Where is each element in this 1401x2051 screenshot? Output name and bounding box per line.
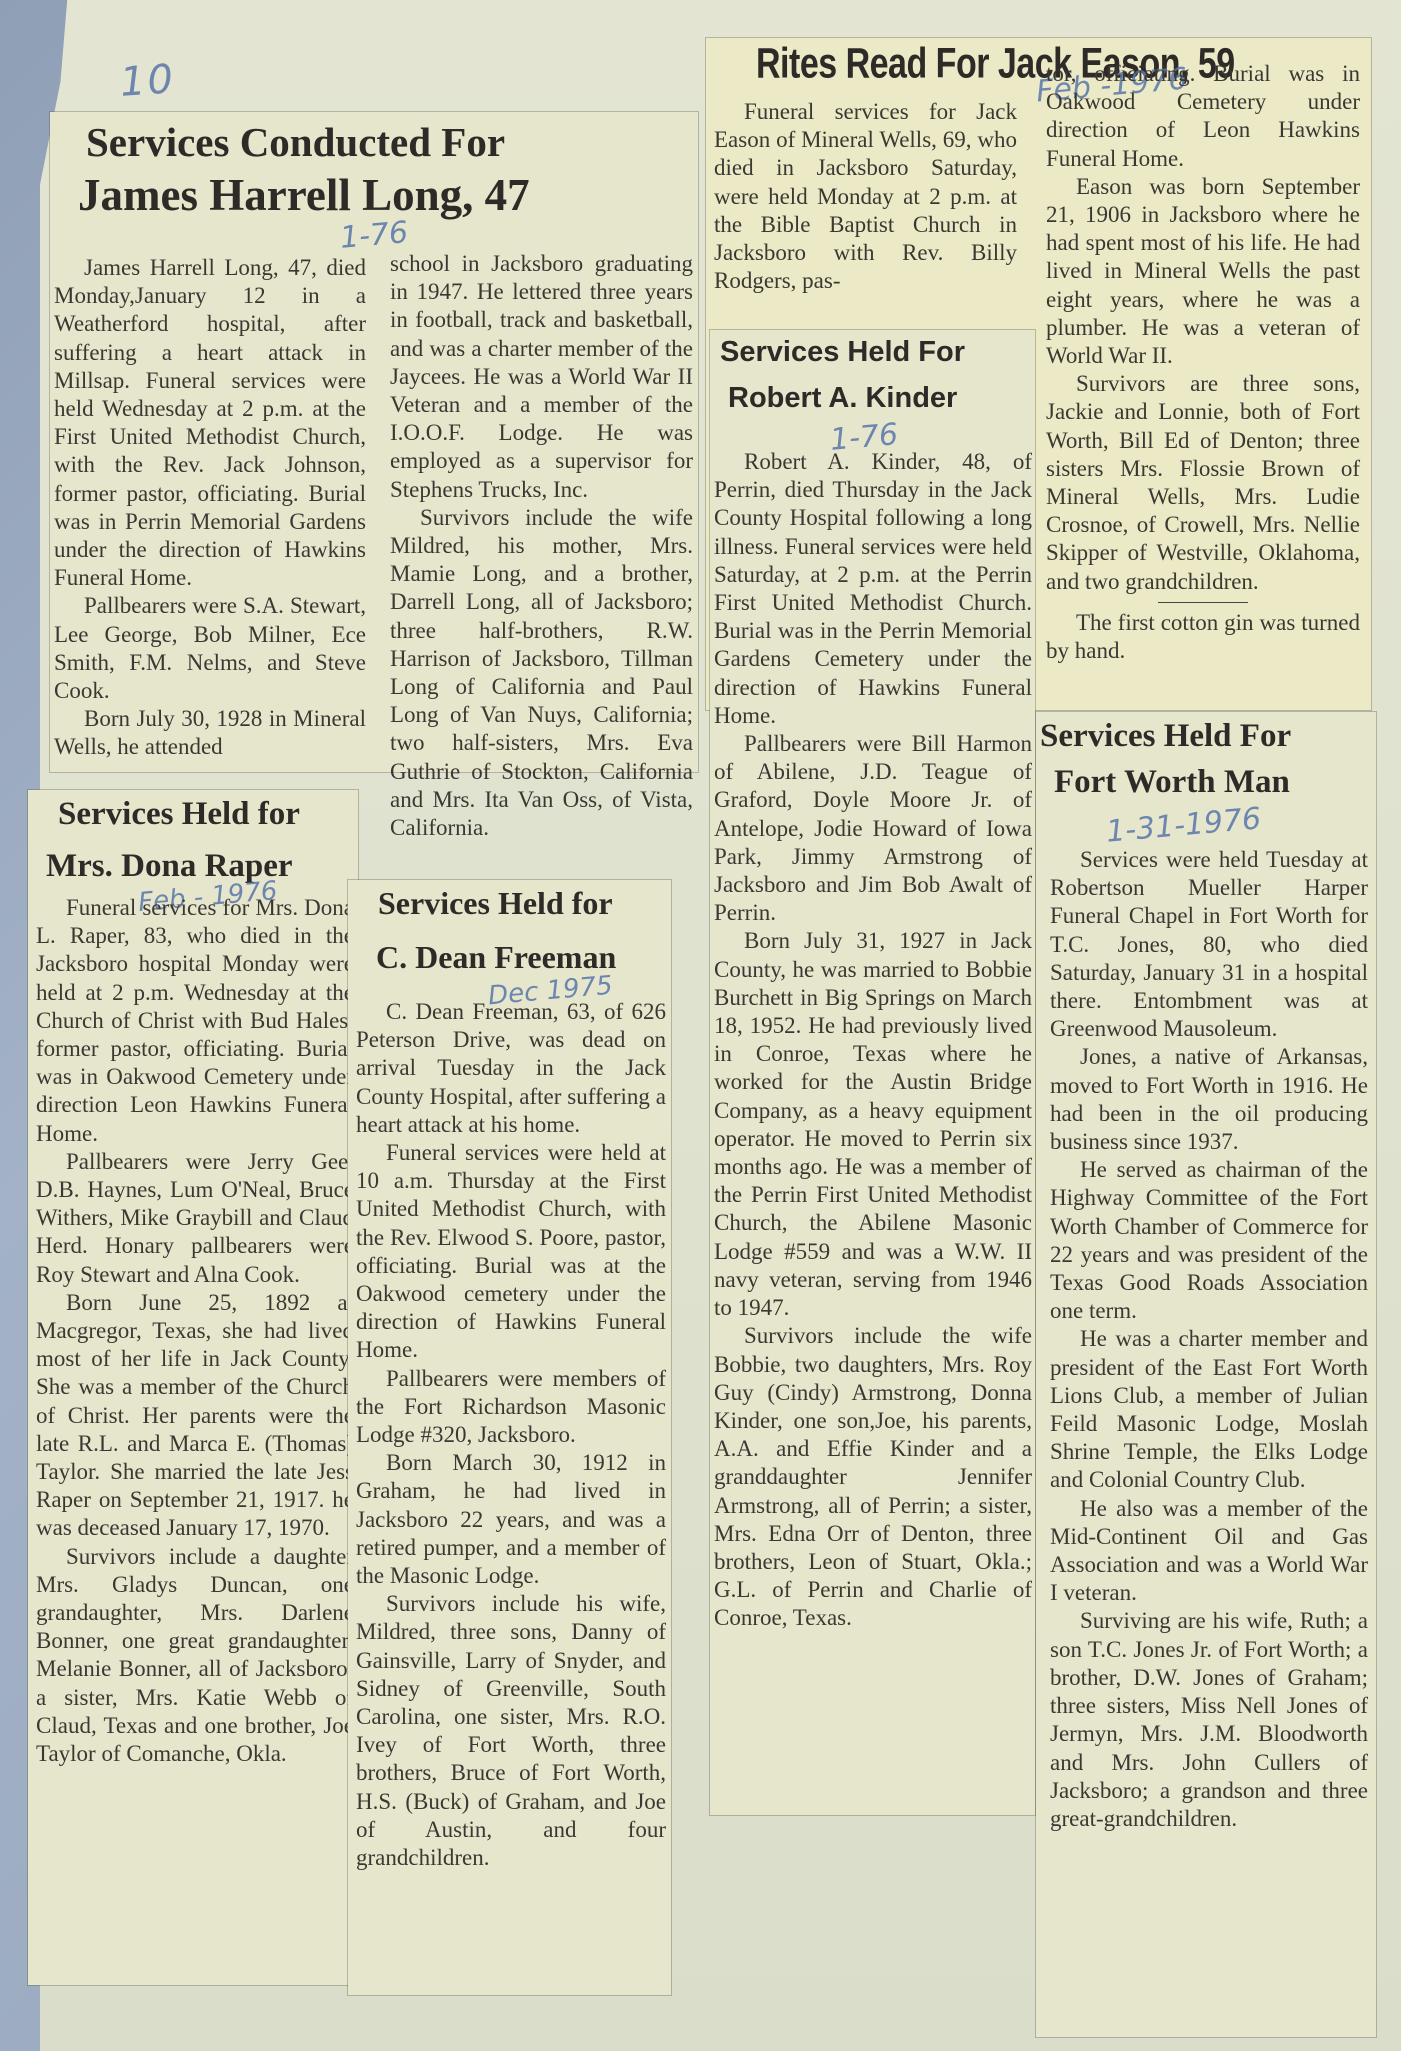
headline: Services Held for xyxy=(58,796,300,833)
page-number-note: 10 xyxy=(118,56,176,106)
headline: James Harrell Long, 47 xyxy=(78,170,530,220)
clipping-raper: Services Held for Mrs. Dona Raper Feb - … xyxy=(28,790,358,1985)
date-note: 1-31-1976 xyxy=(1105,801,1263,849)
headline: Services Conducted For xyxy=(86,120,505,166)
headline: Robert A. Kinder xyxy=(728,382,957,414)
article-column: tor, officiating. Burial was in Oakwood … xyxy=(1046,60,1360,665)
headline: C. Dean Freeman xyxy=(376,940,616,976)
headline: Services Held for xyxy=(378,886,613,922)
article-column: C. Dean Freeman, 63, of 626 Peterson Dri… xyxy=(356,998,666,1872)
article-column: school in Jacksboro graduating in 1947. … xyxy=(390,250,693,842)
clipping-kinder: Services Held For Robert A. Kinder 1-76 … xyxy=(710,330,1035,1815)
clipping-jones: Services Held For Fort Worth Man 1-31-19… xyxy=(1036,712,1376,2037)
divider xyxy=(1158,602,1248,603)
article-column: Funeral services for Jack Eason of Miner… xyxy=(714,98,1017,295)
article-column: James Harrell Long, 47, died Monday,Janu… xyxy=(54,254,366,762)
clipping-long-col2: school in Jacksboro graduating in 1947. … xyxy=(378,250,698,875)
article-column: Robert A. Kinder, 48, of Perrin, died Th… xyxy=(714,448,1032,1633)
article-column: Funeral services for Mrs. Dona L. Raper,… xyxy=(36,894,354,1768)
article-column: Services were held Tuesday at Robertson … xyxy=(1050,846,1368,1833)
headline: Fort Worth Man xyxy=(1054,764,1290,801)
headline: Services Held For xyxy=(1040,718,1291,755)
clipping-freeman: Services Held for C. Dean Freeman Dec 19… xyxy=(348,880,671,1995)
headline: Services Held For xyxy=(720,336,965,368)
